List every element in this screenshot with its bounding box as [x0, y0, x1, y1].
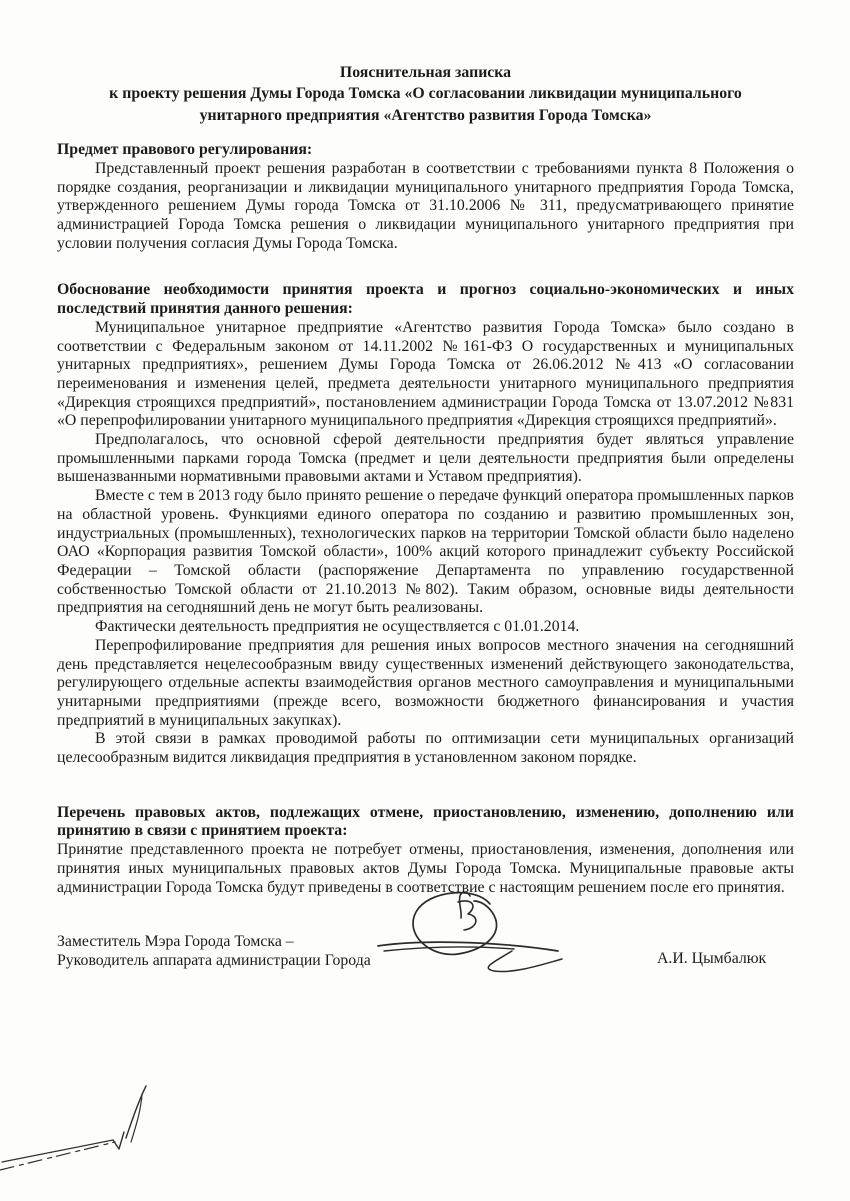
paragraph: Муниципальное унитарное предприятие «Аге…: [57, 319, 794, 431]
paragraph: Перепрофилирование предприятия для решен…: [57, 637, 794, 731]
section-justification: Обоснование необходимости принятия проек…: [57, 281, 794, 767]
paragraph: Принятие представленного проекта не потр…: [57, 841, 794, 897]
document-page: Пояснительная записка к проекту решения …: [0, 0, 850, 1201]
title-line-1: Пояснительная записка: [57, 62, 794, 83]
paragraph: Вместе с тем в 2013 году было принято ре…: [57, 487, 794, 618]
section-subject-heading: Предмет правового регулирования:: [57, 141, 794, 160]
signatory-position-line-1: Заместитель Мэра Города Томска –: [57, 933, 794, 952]
title-line-3: унитарного предприятия «Агентство развит…: [57, 105, 794, 126]
document-title: Пояснительная записка к проекту решения …: [57, 62, 794, 126]
section-justification-heading: Обоснование необходимости принятия проек…: [57, 281, 794, 318]
section-acts: Перечень правовых актов, подлежащих отме…: [57, 804, 794, 898]
document-body: Пояснительная записка к проекту решения …: [57, 62, 794, 1043]
signature-block: Заместитель Мэра Города Томска – Руковод…: [57, 933, 794, 1043]
title-line-2: к проекту решения Думы Города Томска «О …: [57, 83, 794, 104]
paragraph: Фактически деятельность предприятия не о…: [57, 618, 794, 637]
paragraph: Предполагалось, что основной сферой деят…: [57, 431, 794, 487]
paragraph: В этой связи в рамках проводимой работы …: [57, 730, 794, 767]
pen-mark-icon: [0, 1082, 200, 1200]
signatory-name: А.И. Цымбалюк: [657, 950, 766, 969]
paragraph: Представленный проект решения разработан…: [57, 160, 794, 254]
section-acts-heading: Перечень правовых актов, подлежащих отме…: [57, 804, 794, 841]
section-subject: Предмет правового регулирования: Предста…: [57, 141, 794, 253]
